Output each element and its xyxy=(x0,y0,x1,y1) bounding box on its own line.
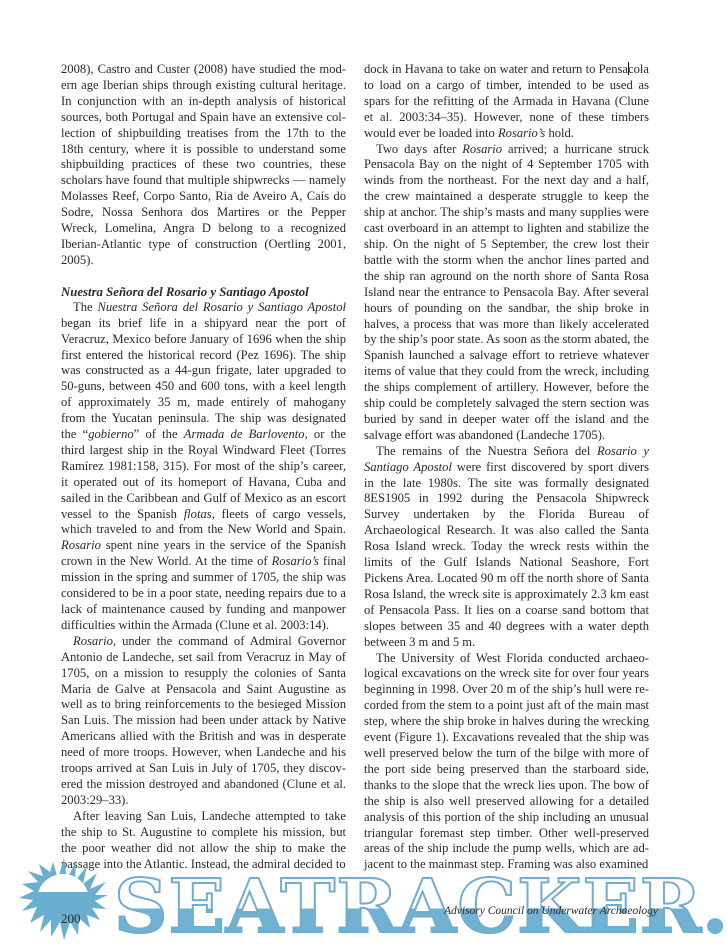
paragraph-hurricane: Two days after Rosario arrived; a hurric… xyxy=(364,142,649,444)
text: The remains of the Nuestra Señora del xyxy=(376,444,597,458)
text: hold. xyxy=(545,126,574,140)
paragraph-after-san-luis: After leaving San Luis, Landeche attempt… xyxy=(61,809,346,873)
left-column: 2008), Castro and Custer (2008) have stu… xyxy=(61,62,346,872)
text: , under the command of Admiral Governor … xyxy=(61,634,346,807)
ship-name-italic: Nuestra Señora del Rosario y Santiago Ap… xyxy=(97,300,346,314)
text: were first discovered by sport divers in… xyxy=(364,460,649,649)
ship-name-italic: Rosario’s xyxy=(498,126,545,140)
text: The xyxy=(73,300,97,314)
paragraph-mission: Rosario, under the command of Admiral Go… xyxy=(61,634,346,809)
ship-name-italic: Rosario’s xyxy=(272,554,319,568)
paragraph-remains: The remains of the Nuestra Señora del Ro… xyxy=(364,444,649,651)
term-italic: Armada de Barlovento xyxy=(184,427,305,441)
term-italic: gobierno xyxy=(88,427,133,441)
right-column: dock in Havana to take on water and retu… xyxy=(364,62,649,873)
text: ” of the xyxy=(134,427,184,441)
text: dock in Havana to take on water and retu… xyxy=(364,62,628,76)
ship-name-italic: Rosario xyxy=(462,142,502,156)
paragraph-excavations: The University of West Florida conducted… xyxy=(364,651,649,874)
ship-name-italic: Rosario xyxy=(61,538,101,552)
paragraph-iberian-heritage: 2008), Castro and Custer (2008) have stu… xyxy=(61,62,346,269)
paragraph-ship-history: The Nuestra Señora del Rosario y Santiag… xyxy=(61,300,346,634)
section-heading: Nuestra Señora del Rosario y Santiago Ap… xyxy=(61,284,346,300)
text: arrived; a hurricane struck Pensacola Ba… xyxy=(364,142,649,442)
text: Two days after xyxy=(376,142,462,156)
running-footer-title: Advisory Council on Underwater Archaeolo… xyxy=(444,905,658,917)
paragraph-havana-dock: dock in Havana to take on water and retu… xyxy=(364,62,649,142)
document-page: 2008), Castro and Custer (2008) have stu… xyxy=(0,0,728,947)
term-italic: flotas xyxy=(184,507,212,521)
text: began its brief life in a shipyard near … xyxy=(61,316,346,441)
page-number: 200 xyxy=(61,911,81,927)
ship-name-italic: Rosario xyxy=(73,634,113,648)
